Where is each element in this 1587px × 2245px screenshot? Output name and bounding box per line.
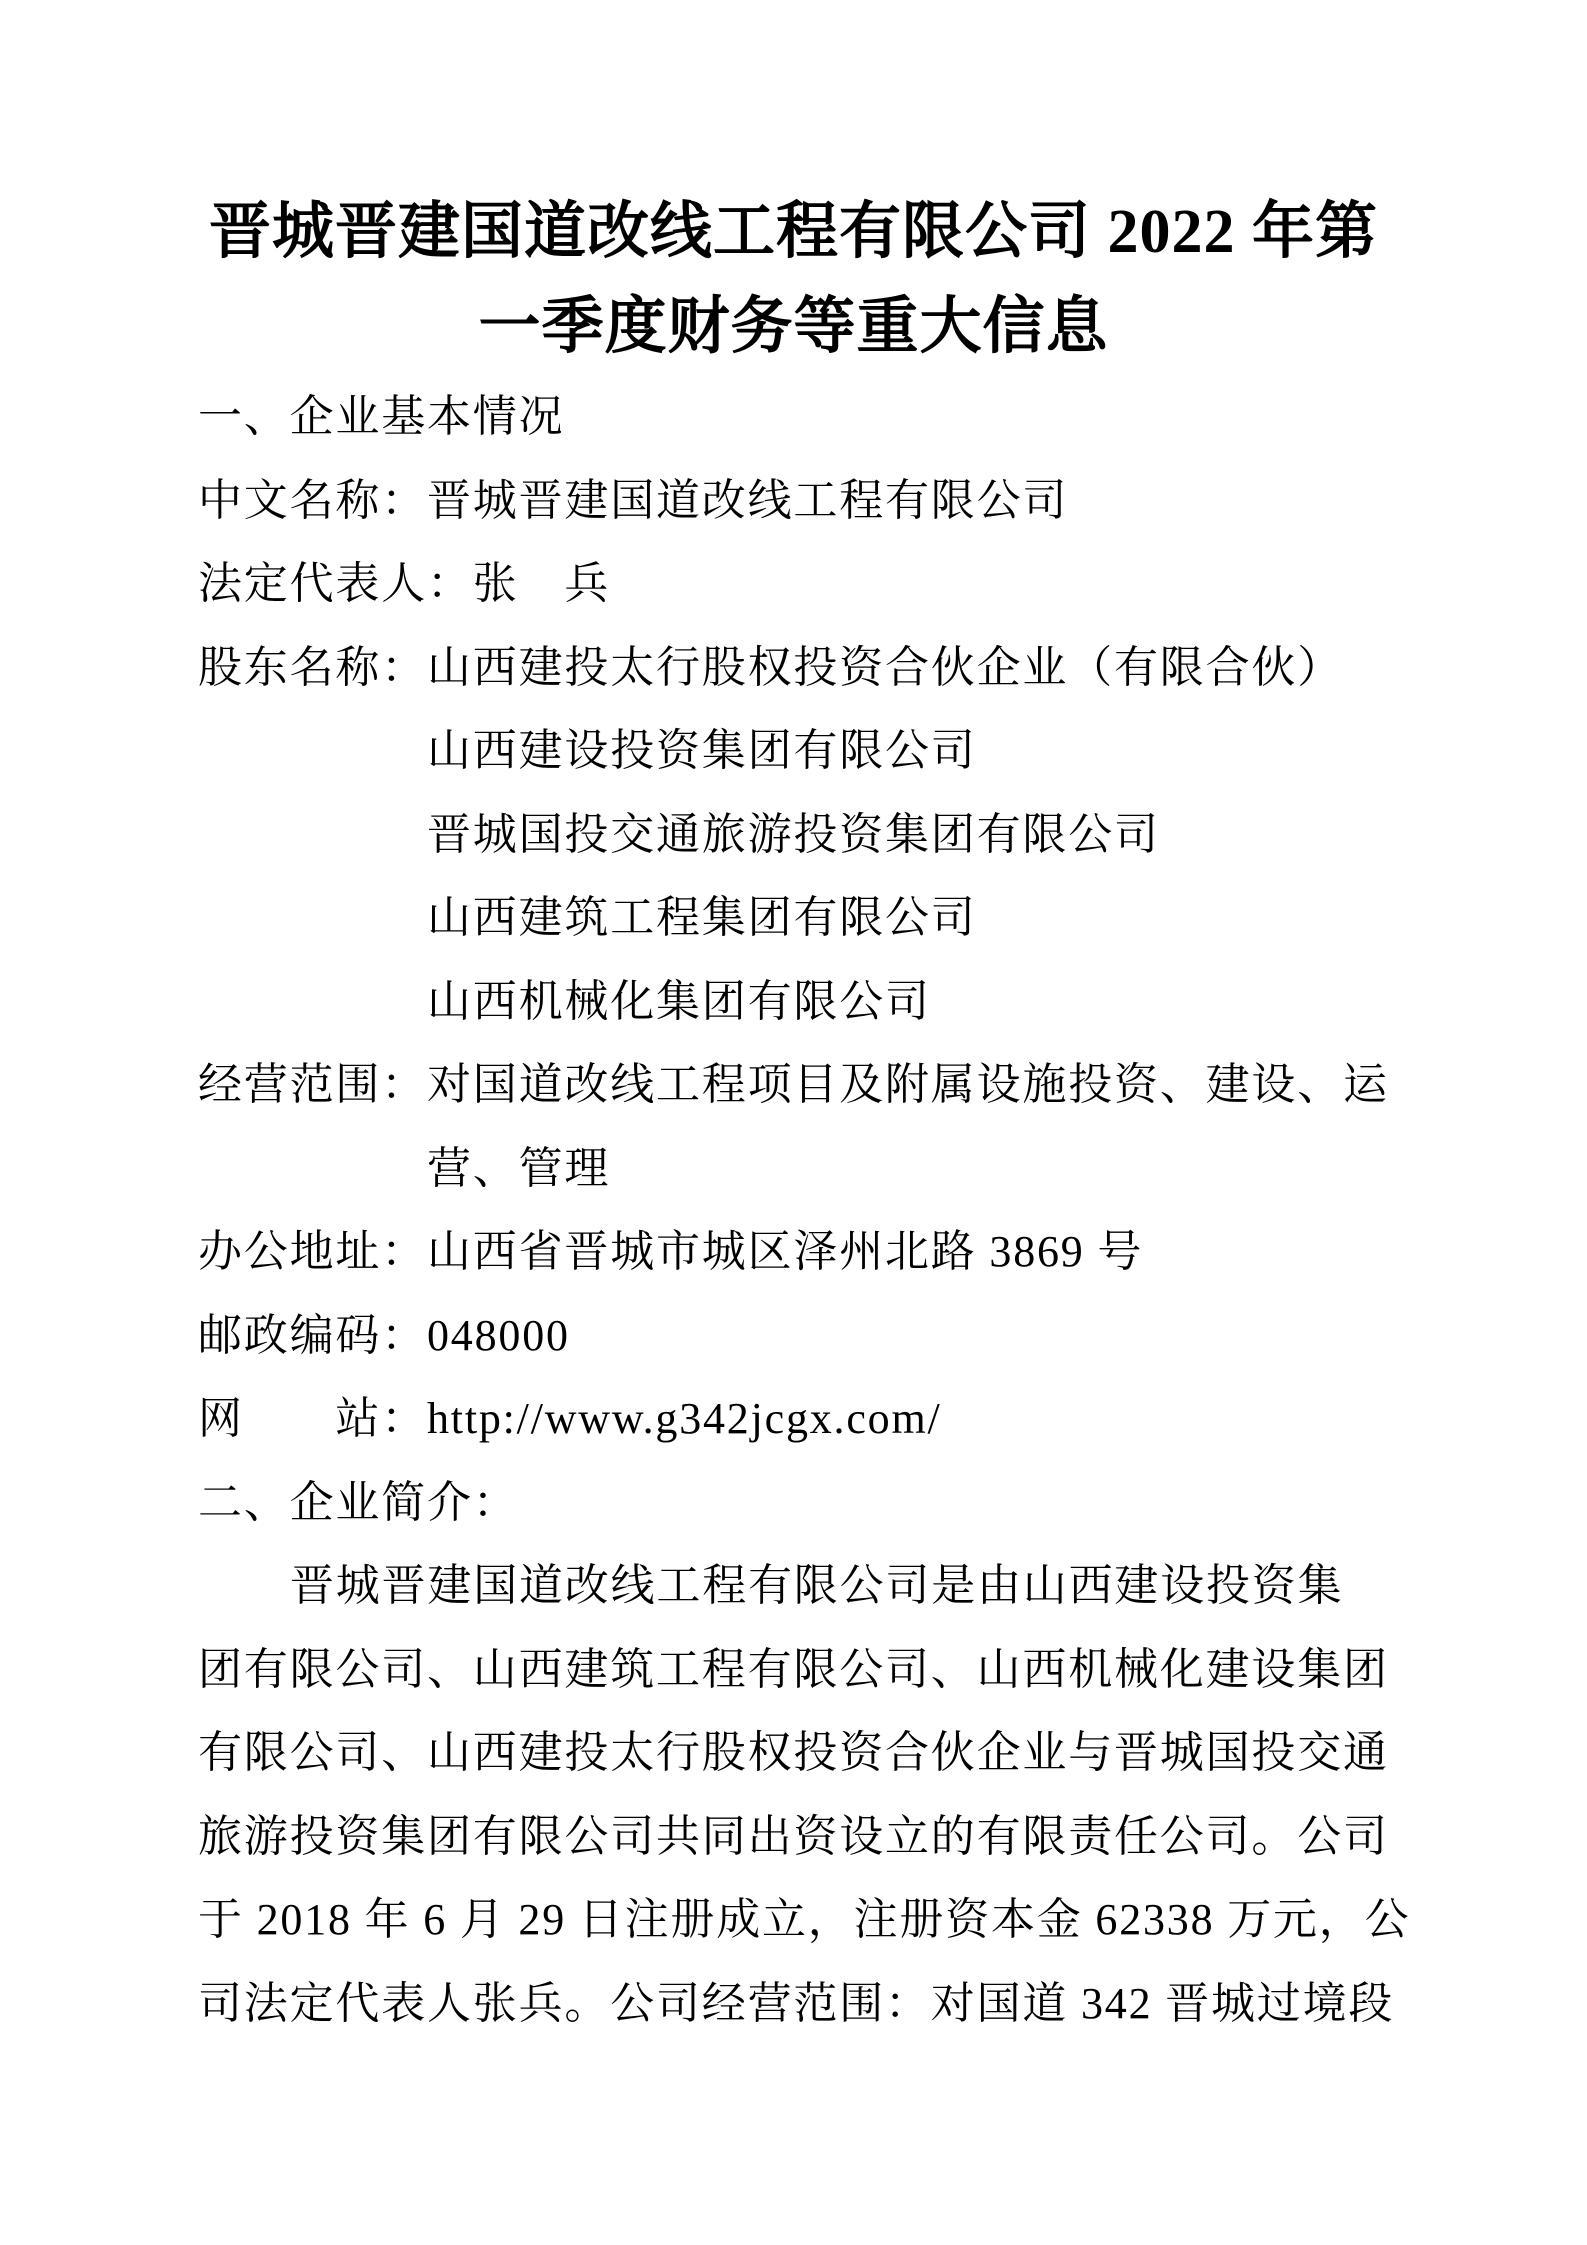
text-line: 有限公司、山西建投太行股权投资合伙企业与晋城国投交通 (198, 1711, 1389, 1795)
text-line: 于 2018 年 6 月 29 日注册成立，注册资本金 62338 万元，公 (198, 1878, 1389, 1962)
text-line: 二、企业简介： (198, 1461, 1389, 1545)
document-page: 晋城晋建国道改线工程有限公司 2022 年第 一季度财务等重大信息 一、企业基本… (0, 0, 1587, 2245)
text-line: 山西建筑工程集团有限公司 (427, 876, 1389, 960)
text-line: 经营范围：对国道改线工程项目及附属设施投资、建设、运 (198, 1043, 1389, 1127)
text-line: 晋城晋建国道改线工程有限公司是由山西建设投资集 (290, 1544, 1389, 1628)
document-title: 晋城晋建国道改线工程有限公司 2022 年第 一季度财务等重大信息 (0, 0, 1587, 375)
text-line: 办公地址：山西省晋城市城区泽州北路 3869 号 (198, 1210, 1389, 1294)
text-line: 网 站：http://www.g342jcgx.com/ (198, 1377, 1389, 1461)
text-line: 山西建设投资集团有限公司 (427, 709, 1389, 793)
text-line: 中文名称：晋城晋建国道改线工程有限公司 (198, 459, 1389, 543)
text-line: 团有限公司、山西建筑工程有限公司、山西机械化建设集团 (198, 1628, 1389, 1712)
text-line: 股东名称：山西建投太行股权投资合伙企业（有限合伙） (198, 626, 1389, 710)
text-line: 旅游投资集团有限公司共同出资设立的有限责任公司。公司 (198, 1795, 1389, 1879)
text-line: 法定代表人：张 兵 (198, 542, 1389, 626)
title-line-2: 一季度财务等重大信息 (0, 280, 1587, 375)
text-line: 一、企业基本情况 (198, 375, 1389, 459)
text-line: 营、管理 (427, 1127, 1389, 1211)
text-line: 山西机械化集团有限公司 (427, 960, 1389, 1044)
document-body: 一、企业基本情况中文名称：晋城晋建国道改线工程有限公司法定代表人：张 兵股东名称… (0, 375, 1587, 2045)
text-line: 晋城国投交通旅游投资集团有限公司 (427, 793, 1389, 877)
text-line: 邮政编码：048000 (198, 1294, 1389, 1378)
text-line: 司法定代表人张兵。公司经营范围：对国道 342 晋城过境段 (198, 1962, 1389, 2046)
title-line-1: 晋城晋建国道改线工程有限公司 2022 年第 (0, 185, 1587, 280)
